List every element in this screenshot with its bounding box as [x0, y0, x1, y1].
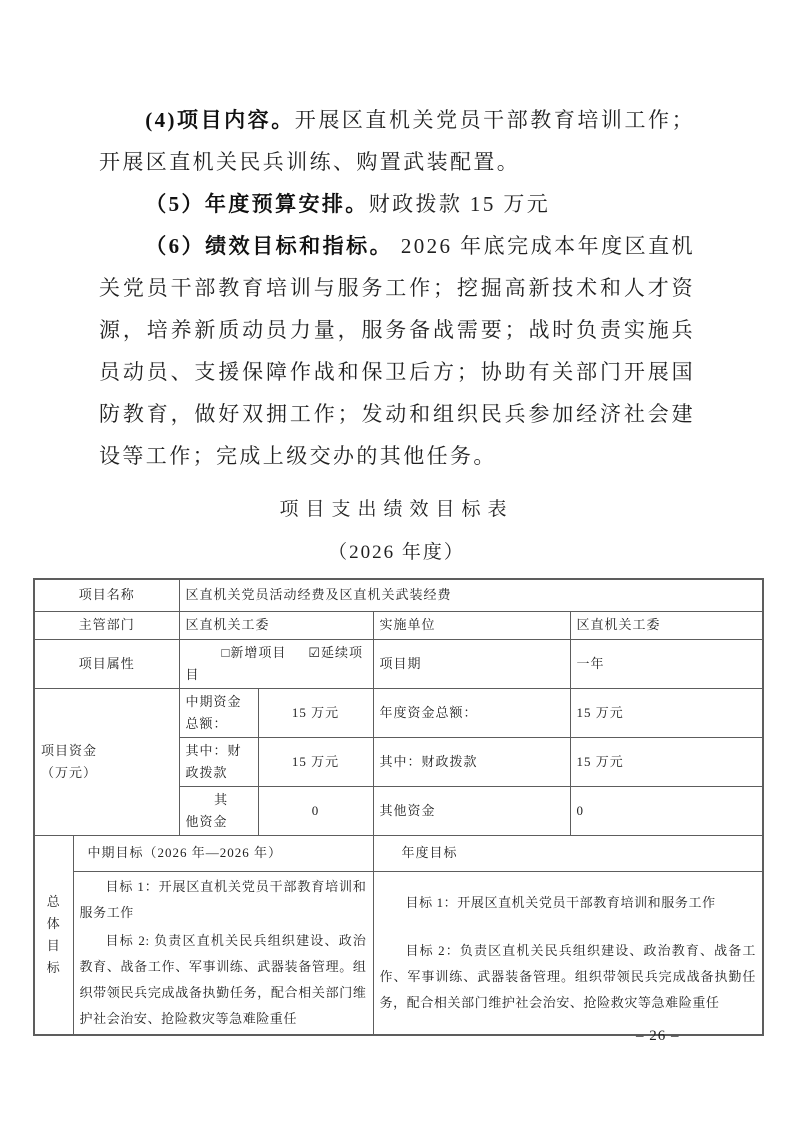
attribute-label: 项目属性: [34, 639, 179, 688]
project-name-value: 区直机关党员活动经费及区直机关武装经费: [179, 579, 763, 611]
midterm-other-label: 其 他资金: [179, 786, 258, 835]
impl-unit-value: 区直机关工委: [570, 611, 763, 639]
paragraph-6-body: 2026 年底完成本年度区直机关党员干部教育培训与服务工作；挖掘高新技术和人才资…: [99, 234, 695, 468]
paragraph-5-heading: （5）年度预算安排。: [145, 192, 369, 216]
page-number: – 26 –: [636, 1028, 680, 1045]
dept-value: 区直机关工委: [179, 611, 373, 639]
annual-total-label: 年度资金总额：: [373, 688, 570, 737]
project-name-label: 项目名称: [34, 579, 179, 611]
midterm-fiscal-value: 15 万元: [258, 737, 373, 786]
body-text-block: (4)项目内容。开展区直机关党员干部教育培训工作；开展区直机关民兵训练、购置武装…: [99, 99, 695, 477]
annual-goal-1: 目标 1：开展区直机关党员干部教育培训和服务工作: [380, 890, 757, 916]
table-subtitle: （2026 年度）: [0, 537, 793, 564]
annual-fiscal-label: 其中：财政拨款: [373, 737, 570, 786]
annual-other-value: 0: [570, 786, 763, 835]
annual-total-value: 15 万元: [570, 688, 763, 737]
annual-other-label: 其他资金: [373, 786, 570, 835]
midterm-total-label: 中期资金总额：: [179, 688, 258, 737]
document-page: (4)项目内容。开展区直机关党员干部教育培训工作；开展区直机关民兵训练、购置武装…: [0, 0, 793, 1122]
table-row: 项目名称 区直机关党员活动经费及区直机关武装经费: [34, 579, 763, 611]
overall-goal-side-label: 总 体 目 标: [34, 835, 73, 1035]
paragraph-6-heading: （6）绩效目标和指标。: [145, 234, 393, 258]
dept-label: 主管部门: [34, 611, 179, 639]
table-row: 总 体 目 标 中期目标（2026 年—2026 年） 年度目标: [34, 835, 763, 871]
paragraph-project-content: (4)项目内容。开展区直机关党员干部教育培训工作；开展区直机关民兵训练、购置武装…: [99, 99, 695, 183]
annual-fiscal-value: 15 万元: [570, 737, 763, 786]
table-row: 主管部门 区直机关工委 实施单位 区直机关工委: [34, 611, 763, 639]
midterm-other-value: 0: [258, 786, 373, 835]
table-row: 项目资金 （万元） 中期资金总额： 15 万元 年度资金总额： 15 万元: [34, 688, 763, 737]
midterm-goals-cell: 目标 1：开展区直机关党员干部教育培训和服务工作 目标 2: 负责区直机关民兵组…: [73, 871, 373, 1035]
paragraph-performance-goals: （6）绩效目标和指标。 2026 年底完成本年度区直机关党员干部教育培训与服务工…: [99, 225, 695, 477]
project-funds-label: 项目资金 （万元）: [34, 688, 179, 835]
project-period-value: 一年: [570, 639, 763, 688]
annual-goal-2: 目标 2：负责区直机关民兵组织建设、政治教育、战备工作、军事训练、武器装备管理。…: [380, 938, 757, 1016]
impl-unit-label: 实施单位: [373, 611, 570, 639]
midterm-fiscal-label: 其中：财政拨款: [179, 737, 258, 786]
attribute-checkboxes: □新增项目☑延续项目: [179, 639, 373, 688]
paragraph-budget: （5）年度预算安排。财政拨款 15 万元: [99, 183, 695, 225]
midterm-goal-2: 目标 2: 负责区直机关民兵组织建设、政治教育、战备工作、军事训练、武器装备管理…: [80, 928, 367, 1032]
midterm-goal-header: 中期目标（2026 年—2026 年）: [73, 835, 373, 871]
midterm-goal-1: 目标 1：开展区直机关党员干部教育培训和服务工作: [80, 874, 367, 926]
checkbox-new-project: □新增项目: [222, 645, 287, 660]
table-title: 项目支出绩效目标表: [0, 494, 793, 521]
project-period-label: 项目期: [373, 639, 570, 688]
midterm-total-value: 15 万元: [258, 688, 373, 737]
annual-goal-header: 年度目标: [373, 835, 763, 871]
table-row: 项目属性 □新增项目☑延续项目 项目期 一年: [34, 639, 763, 688]
table-row: 目标 1：开展区直机关党员干部教育培训和服务工作 目标 2: 负责区直机关民兵组…: [34, 871, 763, 1035]
paragraph-4-heading: (4)项目内容。: [145, 108, 295, 132]
paragraph-5-body: 财政拨款 15 万元: [369, 192, 551, 216]
performance-goals-table: 项目名称 区直机关党员活动经费及区直机关武装经费 主管部门 区直机关工委 实施单…: [33, 578, 764, 1036]
annual-goals-cell: 目标 1：开展区直机关党员干部教育培训和服务工作 目标 2：负责区直机关民兵组织…: [373, 871, 763, 1035]
